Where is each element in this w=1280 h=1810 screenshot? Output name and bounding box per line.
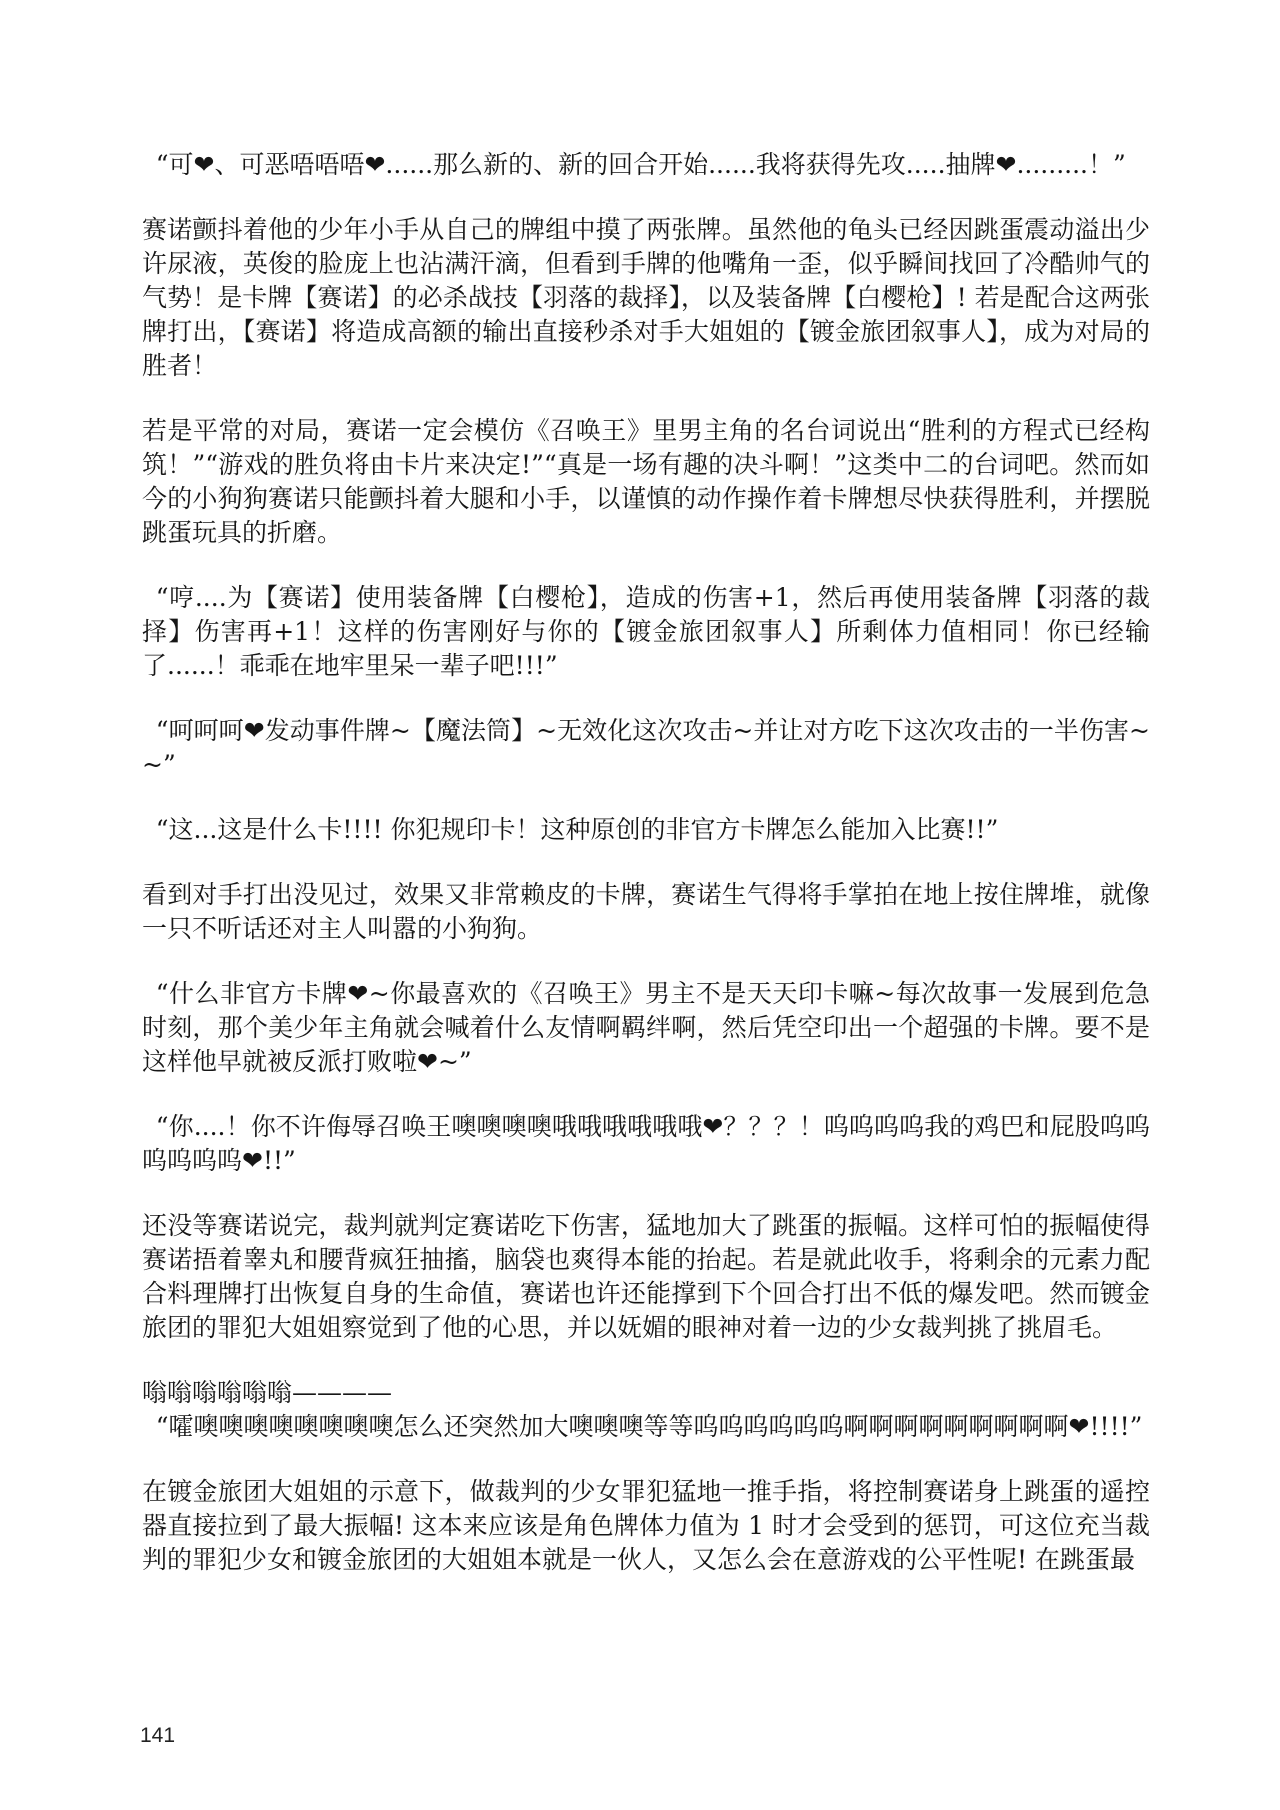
paragraph-dialogue: “什么非官方卡牌❤~你最喜欢的《召唤王》男主不是天天印卡嘛~每次故事一发展到危急… (142, 977, 1150, 1079)
paragraph-narrative: 看到对手打出没见过，效果又非常赖皮的卡牌，赛诺生气得将手掌拍在地上按住牌堆，就像… (142, 878, 1150, 946)
paragraph-dialogue: “这...这是什么卡!!!! 你犯规印卡！这种原创的非官方卡牌怎么能加入比赛!!… (142, 813, 1150, 847)
paragraph-narrative: 还没等赛诺说完，裁判就判定赛诺吃下伤害，猛地加大了跳蛋的振幅。这样可怕的振幅使得… (142, 1209, 1150, 1345)
paragraph-dialogue: “可❤、可恶唔唔唔❤......那么新的、新的回合开始......我将获得先攻.… (142, 148, 1150, 182)
paragraph-dialogue: “嚯噢噢噢噢噢噢噢噢怎么还突然加大噢噢噢等等呜呜呜呜呜呜啊啊啊啊啊啊啊啊啊❤!!… (142, 1410, 1150, 1444)
paragraph-dialogue: “呵呵呵❤发动事件牌~【魔法筒】~无效化这次攻击~并让对方吃下这次攻击的一半伤害… (142, 714, 1150, 782)
paragraph-dialogue: “哼....为【赛诺】使用装备牌【白樱枪】，造成的伤害+1，然后再使用装备牌【羽… (142, 581, 1150, 683)
paragraph-sfx: 嗡嗡嗡嗡嗡嗡———— (142, 1376, 1150, 1410)
paragraph-narrative: 赛诺颤抖着他的少年小手从自己的牌组中摸了两张牌。虽然他的龟头已经因跳蛋震动溢出少… (142, 213, 1150, 383)
body-text: “可❤、可恶唔唔唔❤......那么新的、新的回合开始......我将获得先攻.… (142, 148, 1150, 1608)
page-number: 141 (140, 1724, 175, 1748)
document-page: “可❤、可恶唔唔唔❤......那么新的、新的回合开始......我将获得先攻.… (0, 0, 1280, 1810)
paragraph-dialogue: “你....！你不许侮辱召唤王噢噢噢噢哦哦哦哦哦哦❤？？？！呜呜呜呜我的鸡巴和屁… (142, 1110, 1150, 1178)
paragraph-narrative: 在镀金旅团大姐姐的示意下，做裁判的少女罪犯猛地一推手指，将控制赛诺身上跳蛋的遥控… (142, 1475, 1150, 1577)
paragraph-narrative: 若是平常的对局，赛诺一定会模仿《召唤王》里男主角的名台词说出“胜利的方程式已经构… (142, 414, 1150, 550)
